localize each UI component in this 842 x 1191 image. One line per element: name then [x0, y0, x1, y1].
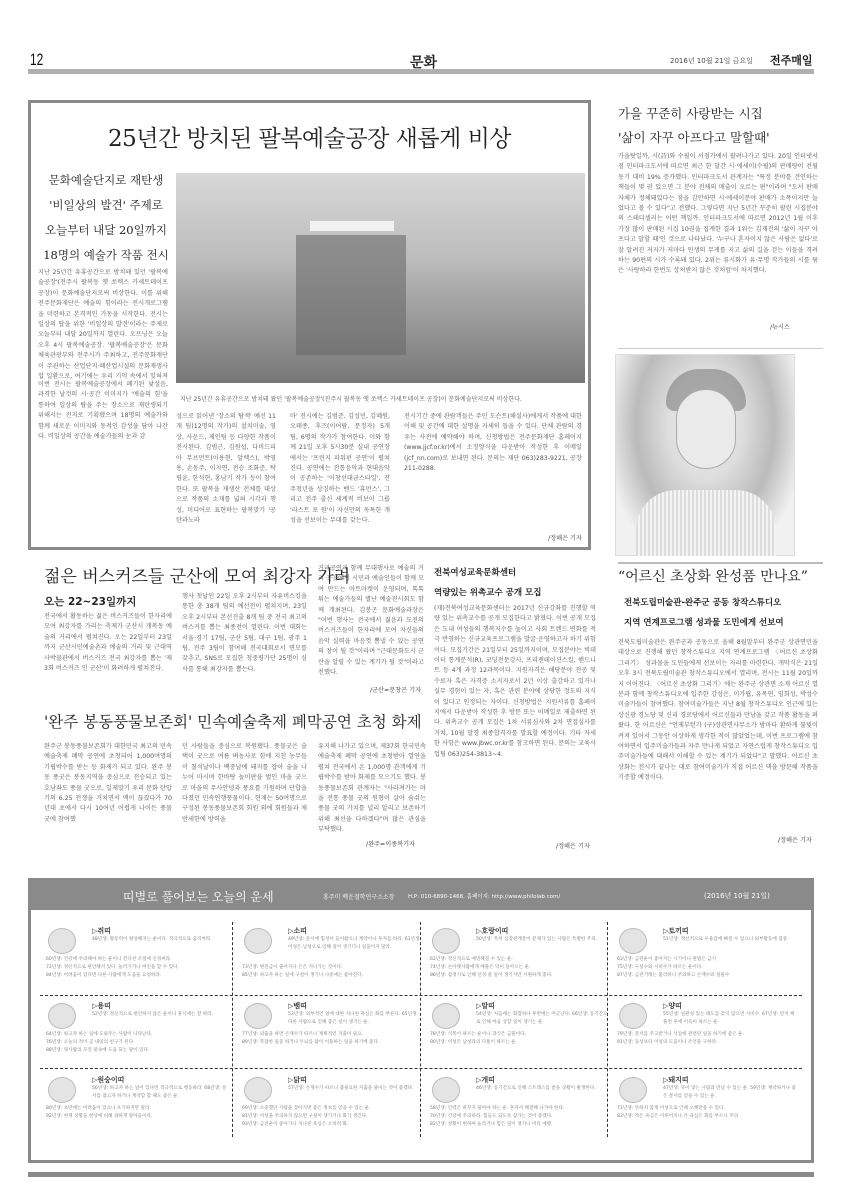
women-center-body: (재)전북여성교육문화센터는 2017년 신규강좌를 진행할 역량 있는 위촉교…: [434, 604, 596, 844]
dragon-icon: [48, 1003, 76, 1029]
subhead: 문화예술단지로 재탄생: [42, 168, 170, 193]
busker-article-col2: 행사 첫날인 22일 오후 2시부터 자유버스킹을 통한 총 38개 팀의 예선…: [182, 592, 307, 702]
sign-rest: 73년생: 변전금이 줄어지나 은은 지나가는 것이다.85년생: 하고자 하는…: [242, 964, 424, 980]
main-article-col4: 전시기간 중에 관람객들은 주민 도슨트(해설사)에게서 작품에 대한 이해 및…: [404, 412, 582, 534]
page-number: 12: [30, 50, 43, 70]
photo-caption: 지난 25년간 유휴공간으로 방치돼 왔던 '팔복예술공장'(전주시 팔복동 옛…: [180, 394, 585, 403]
fortune-cell-pig: ▷돼지띠 47년생: 뜻이 맞는 사람과 만날 수 있는 운. 59년생: 계약…: [611, 1071, 801, 1143]
sign-line: 58년생: 인력은 바꾸지 말아야 하는 운. 혼자서 해결해 나가야 한다.: [430, 1105, 612, 1113]
sign-line: 88년생: 윗사람의 모진 말속에 도움 되는 말이 있다.: [46, 1047, 228, 1055]
header-rule: [28, 69, 814, 74]
sign-line: 86년생: 감정지로 인해 신경 쓸 일이 생기지만 시원하게 좋다.: [430, 972, 612, 980]
poetry-article-subtitle: '삶이 자꾸 아프다고 말할때': [618, 128, 770, 146]
photo-ivy-door: [296, 235, 406, 355]
fortune-cell-ox: ▷소띠 49년생: 문서에 힘성이 들어왔으니 계약이나 투자를 하라. 61년…: [236, 922, 426, 994]
sign-line: 63년생: 금전운이 좋아지는 시기이니 편법은 금지: [617, 956, 799, 964]
women-center-byline: /정해은 기자: [556, 842, 590, 852]
fortune-cell-tiger: ▷호랑이띠 50년생: 특히 심장관계통이 문제가 있는 사람은 특별한 주의.…: [424, 922, 614, 994]
sign-rest: 78년생: 식복이 따르는 운이나 과식은 금물이다.90년생: 이성은 남성과…: [430, 1031, 612, 1047]
sign-line: 85년생: 하고자 하는 일에 구설이 생기나 나중에는 좋아진다.: [242, 972, 424, 980]
sign-name: ▷돼지띠: [663, 1075, 689, 1085]
sign-rest: 80년생: 초반에는 어려움이 있으나 포기하지만 말라.92년생: 현재 상황…: [46, 1105, 228, 1121]
main-article-col2: 성으로 읽어낸 '장소의 탐색' 예선 11개 팀(12명의 작가)의 설치미술…: [176, 412, 276, 544]
photo-sign: [310, 221, 394, 231]
sign-line: 80년생: 초반에는 어려움이 있으나 포기하지만 말라.: [46, 1105, 228, 1113]
divider: [618, 562, 823, 564]
pungmul-article-col3: 유지해 나가고 있으며, 제37회 한국민속예술축제 폐막 공연에 초청받아 열…: [318, 742, 426, 838]
main-article-byline: /정해은 기자: [530, 534, 582, 544]
fortune-cell-rat: ▷쥐띠 48년생: 활동력이 왕성해지는 운이다. 적극적으로 움직여라. 60…: [40, 922, 230, 994]
fortune-cell-dragon: ▷용띠 52년생: 정신적으로 편안하지 않은 운이니 휴식에는 잘 하라. 6…: [40, 997, 230, 1069]
sign-rest: 63년생: 금전운이 좋아지는 시기이니 편법은 금지75년생: 구설수와 시비…: [617, 956, 799, 980]
pungmul-article-col2: 던 사람들을 중심으로 복원됐다. 풍물굿은 술택이 굿으로 여름 벼농사로 힘…: [182, 742, 307, 852]
portrait-article-byline: /정해은 기자: [778, 836, 812, 846]
sign-name: ▷개띠: [476, 1075, 495, 1085]
sign-line: 83년생: 작은 욕심은 이루어지나 큰 욕심은 화를 부르니 주의: [617, 1113, 799, 1121]
subhead: 18명의 예술가 작품 전시: [42, 243, 170, 268]
ox-icon: [244, 928, 272, 954]
sign-name: ▷소띠: [288, 926, 307, 936]
pig-icon: [619, 1077, 647, 1103]
sign-line: 84년생: 어려움이 있다면 다른 사람에게 도움을 요청하라.: [46, 972, 228, 980]
sign-line: 69년생: 소중했던 사람을 찾아가면 좋은 정보를 얻을 수 있는 운.: [242, 1105, 424, 1113]
poetry-article-body: 가을탓일까, 시(詩)와 수필이 서점가에서 팔려나가고 있다. 20일 인터넷…: [618, 152, 818, 327]
sign-name: ▷용띠: [92, 1001, 111, 1011]
sign-line: 93년생: 금전운이 좋아가나 지나친 욕심은 오히려 화.: [242, 1121, 424, 1129]
fortune-cell-rooster: ▷닭띠 57년생: 손재수가 따르니 불필요한 지출을 줄이는 것이 좋겠다. …: [236, 1071, 426, 1143]
tiger-icon: [432, 928, 460, 954]
sign-line: 90년생: 이성은 남성과의 다툼이 따르는 운.: [430, 1039, 612, 1047]
subhead: 오늘부터 내달 20일까지: [42, 218, 170, 243]
sign-line: 77년생: 외출을 하면 손재수가 따르니 계획적인 지출이 필요.: [242, 1031, 424, 1039]
rooster-icon: [244, 1077, 272, 1103]
sheep-icon: [619, 1003, 647, 1029]
divider: [618, 348, 823, 349]
fortune-cell-horse: ▷말띠 54년생: 처음에는 화합하나 후반에는 어긋난다. 66년생: 동기간…: [424, 997, 614, 1069]
sign-rest: 79년생: 문서를 주고받거나 석업에 관련된 일을 하기에 좋은 운.91년생…: [617, 1031, 799, 1047]
portrait-article-title: “어르신 초상화 완성품 만나요”: [618, 566, 808, 586]
portrait-article-body: 전북도립미술관은 완주군과 공동으로 올해 8월말부터 완주군 상관면민을 대상…: [618, 638, 818, 838]
fortune-cell-snake: ▷뱀띠 53년생: 외부적인 일에 대한 지나친 욕심은 화를 부른다. 65년…: [236, 997, 426, 1069]
footer-rule: [28, 1172, 814, 1177]
sign-line: 54년생: 처음에는 화합하나 후반에는 어긋난다. 66년생: 동기간으로 인…: [476, 1011, 611, 1027]
sign-rest: 60년생: 건강에 주의해야 하는 운이니 컨디션 조절에 신경써라.72년생:…: [46, 956, 228, 980]
sign-rest: 62년생: 정신적으로 예민해질 수 있는 운.74년생: 손아랫사람에게 베풀…: [430, 956, 612, 980]
busker-article-col1: 전국에서 활동하는 젊은 버스커즈들이 한자리에 모여 최강자를 가리는 축제가…: [44, 612, 172, 702]
fortune-cell-sheep: ▷양띠 55년생: 일관성 있는 태도를 갖지 않으면 시비수. 67년생: 먼…: [611, 997, 801, 1069]
sign-line: 55년생: 일관성 있는 태도를 갖지 않으면 시비수. 67년생: 먼저 베풀…: [663, 1011, 798, 1027]
busker-article-title: 젊은 버스커즈들 군산에 모여 최강자 가려: [44, 562, 350, 587]
subhead: '비일상의 발견' 주제로: [42, 193, 170, 218]
main-article-col3: 마' 전시에는 김범준, 김성민, 김혜원, 오태종, 후즈(이어람, 문정자)…: [290, 412, 390, 544]
sign-line: 49년생: 문서에 힘성이 들어왔으니 계약이나 투자를 하라. 61년생: 이…: [288, 936, 423, 952]
portrait-face: [676, 389, 736, 469]
sign-line: 74년생: 손아랫사람에게 베풀은 덕이 돌아오는 운.: [430, 964, 612, 972]
sign-line: 71년생: 뜻하지 않게 이성으로 인해 오해받을 수 있다.: [617, 1105, 799, 1113]
snake-icon: [244, 1003, 272, 1029]
portrait-article-sub1: 전북도립미술관-완주군 공동 창작스튜디오: [624, 596, 781, 608]
busker-article-sub: 오는 22~23일까지: [44, 594, 136, 609]
sign-line: 48년생: 활동력이 왕성해지는 운이다. 적극적으로 움직여라.: [92, 936, 227, 944]
sign-line: 60년생: 건강에 주의해야 하는 운이니 컨디션 조절에 신경써라.: [46, 956, 228, 964]
grid-divider: [232, 922, 233, 1137]
portrait-article-sub2: 지역 연계프로그램 성과물 도민에게 선보여: [624, 616, 784, 628]
sign-name: ▷토끼띠: [663, 926, 689, 936]
sign-rest: 77년생: 외출을 하면 손재수가 따르니 계획적인 지출이 필요.89년생: …: [242, 1031, 424, 1047]
fortune-cell-rabbit: ▷토끼띠 51년생: 정신적으로 우울감에 빠질 수 있으니 외부활동에 집중.…: [611, 922, 801, 994]
main-article-title: 25년간 방치된 팔복예술공장 새롭게 비상: [28, 120, 591, 153]
sign-line: 46년생: 동기간으로 인해 스트레스를 받을 상황이 발생한다.: [476, 1085, 611, 1093]
horse-icon: [432, 1003, 460, 1029]
busker-article-col3: 거리공연과 함께 무대행사로 예술의 거리 곳곳에서 시민과 예술인들이 함께 …: [318, 564, 424, 682]
sign-name: ▷뱀띠: [288, 1001, 307, 1011]
sign-rest: 69년생: 소중했던 사람을 찾아가면 좋은 정보를 얻을 수 있는 운.81년…: [242, 1105, 424, 1129]
fortune-cell-dog: ▷개띠 46년생: 동기간으로 인해 스트레스를 받을 상황이 발생한다. 58…: [424, 1071, 614, 1143]
dog-icon: [432, 1077, 460, 1103]
fortune-cell-monkey: ▷원숭이띠 56년생: 하고자 하는 일이 있다면 적극적으로 행동하라. 68…: [40, 1071, 230, 1143]
pungmul-article-byline: /완주=이종복기자: [366, 840, 415, 850]
rabbit-icon: [619, 928, 647, 954]
pungmul-article-col1: 완주군 봉동풍물보존회가 대한민국 최고의 민속예술축제 폐막 공연에 초청되어…: [44, 742, 172, 852]
sign-name: ▷원숭이띠: [92, 1075, 124, 1085]
sign-line: 50년생: 특히 심장관계통이 문제가 있는 사람은 특별한 주의.: [476, 936, 611, 944]
sign-line: 76년생: 오늘의 적이 곧 내일의 친구가 된다.: [46, 1039, 228, 1047]
sign-line: 57년생: 손재수가 따르니 불필요한 지출을 줄이는 것이 좋겠다.: [288, 1085, 423, 1093]
sign-line: 79년생: 문서를 주고받거나 석업에 관련된 일을 하기에 좋은 운.: [617, 1031, 799, 1039]
sign-name: ▷호랑이띠: [476, 926, 508, 936]
main-article-col1b: 이번 전시는 팔복예술공장에서 폐기된 낯설음, 과격한 날것의 시·공간 이미…: [38, 380, 168, 543]
poetry-article-byline: /뉴시스: [770, 323, 790, 333]
sign-rest: 58년생: 인력은 바꾸지 말아야 하는 운. 혼자서 해결해 나가야 한다.7…: [430, 1105, 612, 1129]
issue-date: 2016년 10월 21일 금요일: [670, 56, 753, 66]
sign-line: 89년생: 복잡한 일을 하거나 두뇌를 많이 이용하는 일을 하기에 좋다.: [242, 1039, 424, 1047]
women-center-title2: 역량있는 위촉교수 공개 모집: [434, 586, 541, 598]
main-article-col1: 지난 25년간 유휴공간으로 방치돼 있던 '팔복예술공장'(전주시 팔복동 옛…: [38, 268, 168, 380]
sign-rest: 71년생: 뜻하지 않게 이성으로 인해 오해받을 수 있다.83년생: 작은 …: [617, 1105, 799, 1121]
grid-divider: [40, 995, 802, 996]
sign-line: 64년생: 하고자 하는 일에 도와주는 사람이 나타난다.: [46, 1031, 228, 1039]
portrait-shirt: [636, 490, 776, 556]
sign-line: 87년생: 금전거래는 불리하니 주의하고 손재수와 실물수: [617, 972, 799, 980]
rat-icon: [48, 928, 76, 954]
factory-wall-photo: [176, 173, 585, 383]
sign-name: ▷쥐띠: [92, 926, 111, 936]
sign-line: 72년생: 정신적으로 편안해져 있다. 놀러가거나 여인을 할 수 있다.: [46, 964, 228, 972]
sign-line: 56년생: 하고자 하는 일이 있다면 적극적으로 행동하라. 68년생: 문서…: [92, 1085, 227, 1101]
sign-name: ▷양띠: [663, 1001, 682, 1011]
sign-line: 82년생: 상황이 변하여 놀라거나 힘든 일이 생기니 미리 예방.: [430, 1121, 612, 1129]
newspaper-brand: 전주매일: [770, 52, 813, 68]
women-center-title1: 전북여성교육문화센터: [434, 566, 516, 578]
sign-line: 62년생: 정신적으로 예민해질 수 있는 운.: [430, 956, 612, 964]
sign-line: 70년생: 건강에 주의하라. 힘들도 되도록 삼가는 것이 좋겠다.: [430, 1113, 612, 1121]
sign-rest: 64년생: 하고자 하는 일에 도와주는 사람이 나타난다.76년생: 오늘의 …: [46, 1031, 228, 1055]
main-article-subheads: 문화예술단지로 재탄생 '비일상의 발견' 주제로 오늘부터 내달 20일까지 …: [42, 168, 170, 268]
sign-line: 73년생: 변전금이 줄어지나 은은 지나가는 것이다.: [242, 964, 424, 972]
elderly-portrait-drawing: [615, 354, 795, 556]
sign-line: 51년생: 정신적으로 우울감에 빠질 수 있으니 외부활동에 집중.: [663, 936, 798, 944]
sign-line: 75년생: 구설수와 시비수가 따르는 운이다.: [617, 964, 799, 972]
sign-name: ▷닭띠: [288, 1075, 307, 1085]
busker-article-byline: /군산=문창곤 기자: [370, 686, 421, 696]
sign-name: ▷말띠: [476, 1001, 495, 1011]
sign-line: 53년생: 외부적인 일에 대한 지나친 욕심은 화를 부른다. 65년생: 다…: [288, 1011, 423, 1027]
sign-line: 91년생: 동성보다 이성의 도움이나 조언을 구하라.: [617, 1039, 799, 1047]
sign-line: 81년생: 이성을 주의하지 않으면 구설이 생기거나 화가 생긴다.: [242, 1113, 424, 1121]
sign-line: 92년생: 현재 상황을 현상에 비해 과하게 말아들이라.: [46, 1113, 228, 1121]
sign-line: 52년생: 정신적으로 편안하지 않은 운이니 휴식에는 잘 하라.: [92, 1011, 227, 1019]
poetry-article-title: 가을 꾸준히 사랑받는 시집: [618, 104, 763, 122]
pungmul-article-title: '완주 봉동풍물보존회' 민속예술축제 폐막공연 초청 화제: [44, 710, 422, 732]
monkey-icon: [48, 1077, 76, 1103]
sign-line: 78년생: 식복이 따르는 운이나 과식은 금물이다.: [430, 1031, 612, 1039]
sign-line: 47년생: 뜻이 맞는 사람과 만날 수 있는 운. 59년생: 계약하거나 좋…: [663, 1085, 798, 1101]
